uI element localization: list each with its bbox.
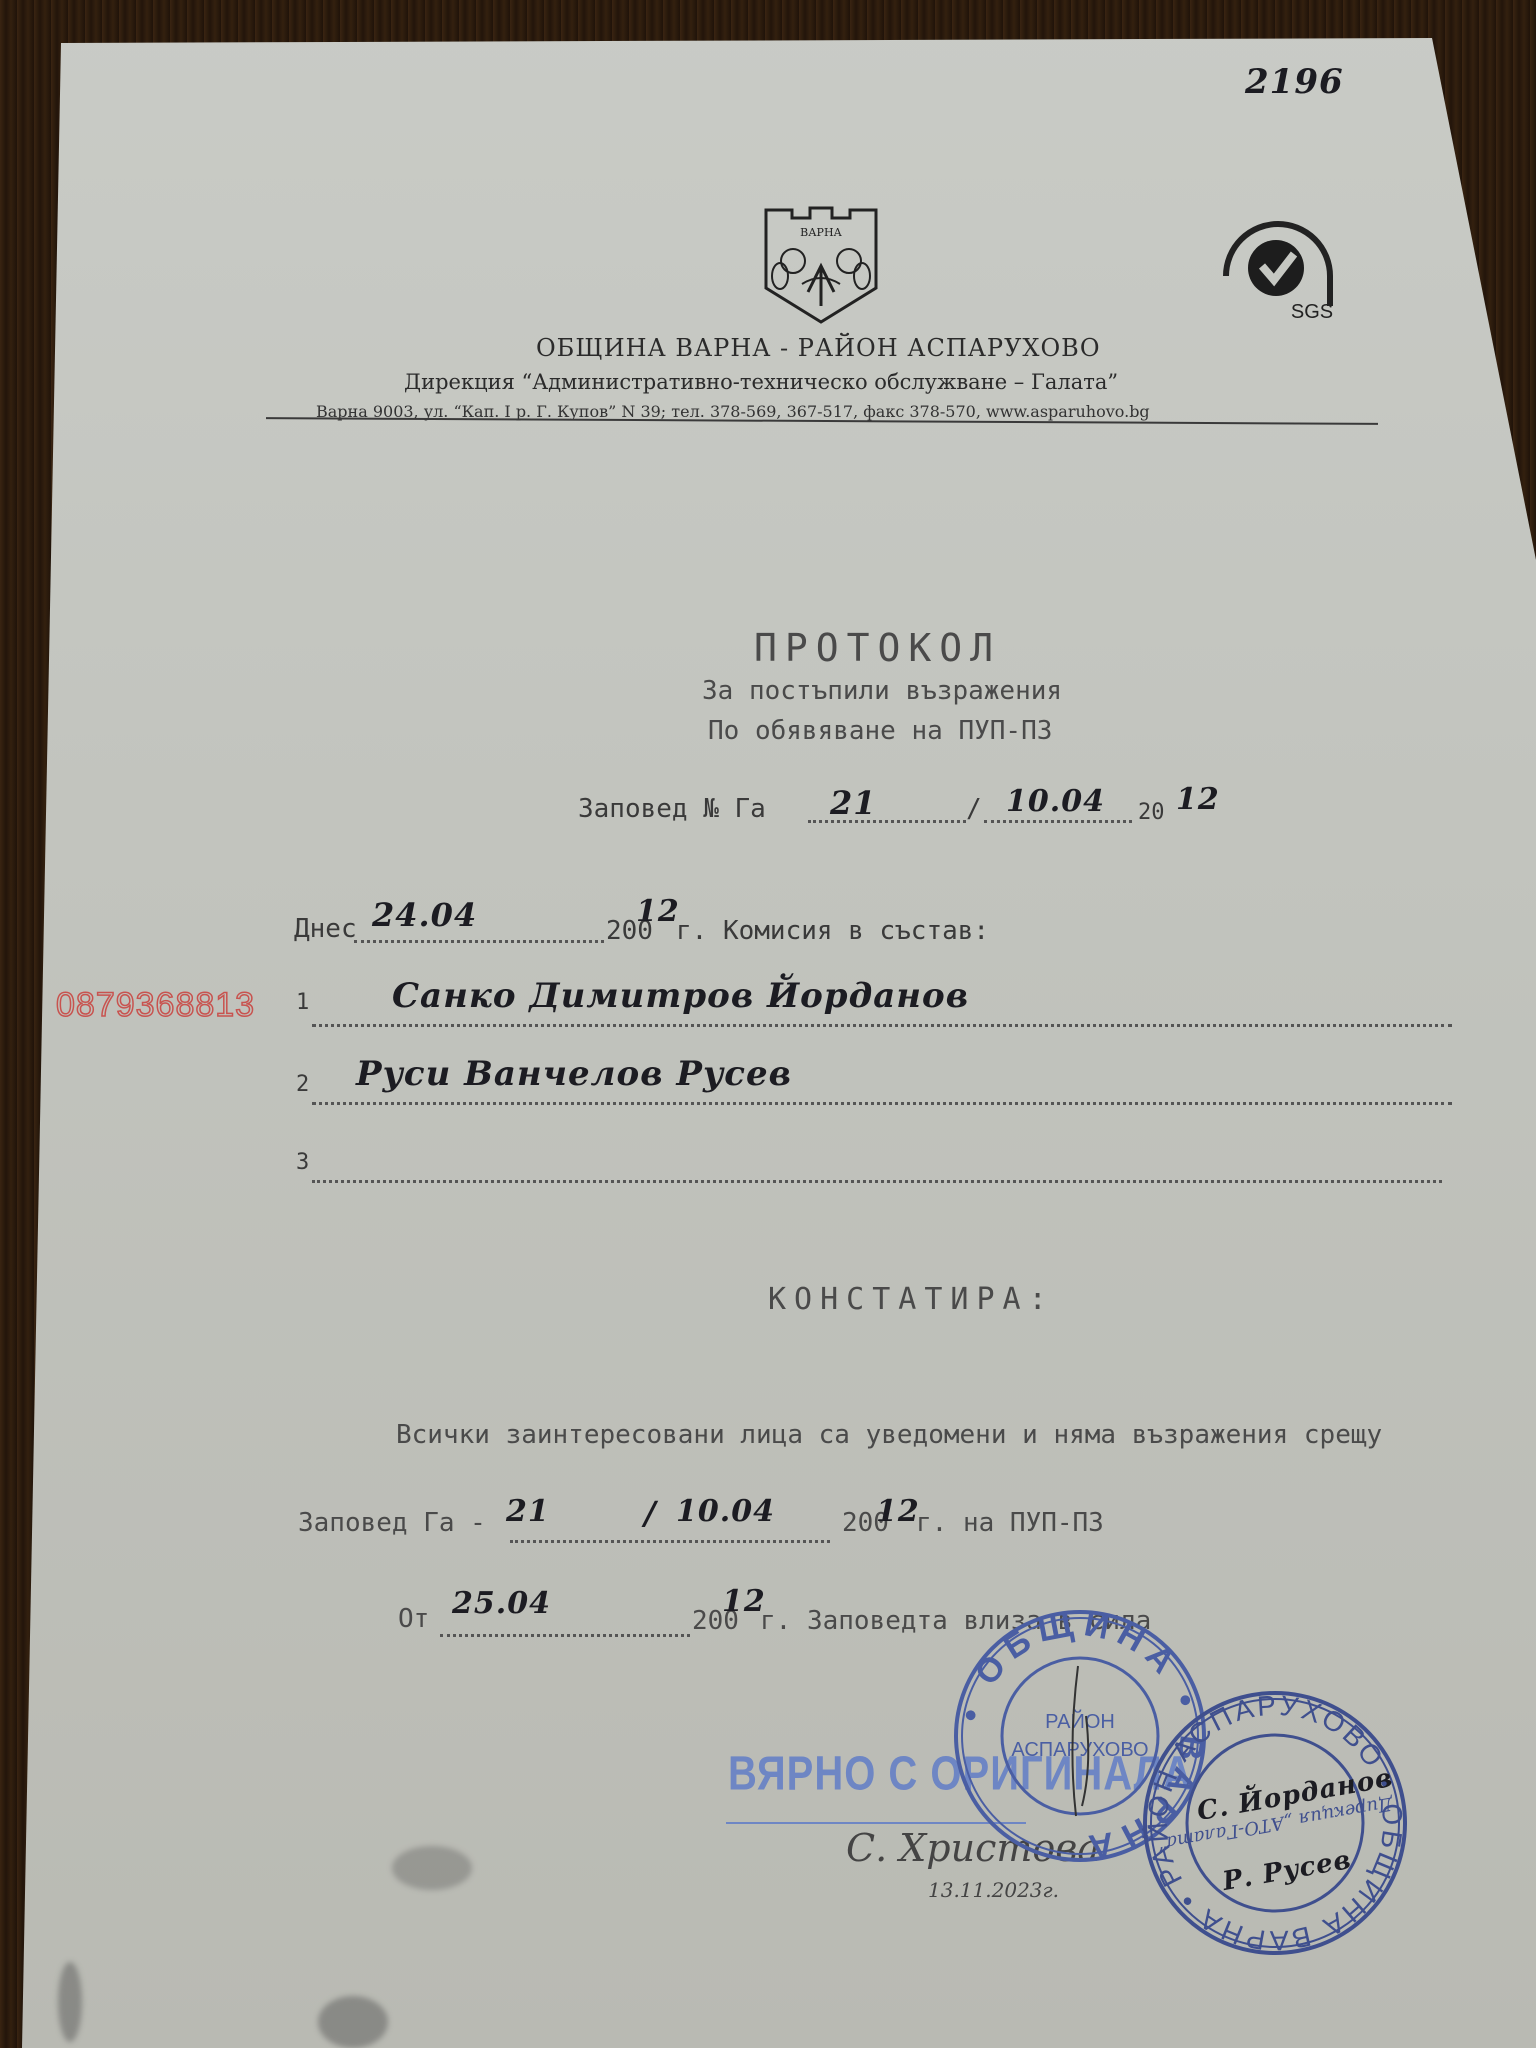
order-ref-number: 21 — [506, 1494, 550, 1529]
certification-date: 13.11.2023г. — [928, 1878, 1059, 1902]
today-label: Днес — [294, 914, 357, 944]
commission-index-1: 1 — [296, 990, 309, 1015]
today-date-line — [354, 940, 604, 943]
paper-smudge — [318, 1996, 388, 2048]
order-number: 21 — [830, 784, 877, 822]
effective-date: 25.04 — [452, 1586, 551, 1621]
sgs-certification-logo-icon: SGS — [1212, 206, 1352, 326]
directorate-stamp-icon: ОБЩИНА ВАРНА • РАЙОН АСПАРУХОВО • Дирекц… — [1119, 1667, 1432, 1980]
svg-text:SGS: SGS — [1291, 301, 1333, 323]
today-year: 12 — [636, 894, 680, 929]
commission-index-2: 2 — [296, 1072, 309, 1097]
document-subtitle-2: По обявяване на ПУП-ПЗ — [708, 716, 1052, 746]
order-year-prefix: 20 — [1138, 800, 1165, 825]
finding-heading: КОНСТАТИРА: — [768, 1282, 1055, 1317]
order-ref-suffix: г. на ПУП-ПЗ — [916, 1508, 1104, 1538]
order-separator: / — [966, 794, 982, 824]
commission-line-2 — [312, 1102, 1452, 1105]
document-title: ПРОТОКОЛ — [754, 626, 1001, 670]
commission-index-3: 3 — [296, 1150, 309, 1175]
finding-text: Всички заинтересовани лица са уведомени … — [396, 1420, 1382, 1450]
today-date: 24.04 — [372, 896, 477, 934]
order-year: 12 — [1176, 782, 1220, 817]
varna-coat-of-arms-icon: ВАРНА — [758, 196, 884, 326]
order-date-line — [984, 820, 1132, 823]
svg-text:РАЙОН: РАЙОН — [1045, 1709, 1115, 1733]
order-ref-year: 12 — [876, 1494, 920, 1529]
effective-date-line — [440, 1634, 690, 1637]
order-label: Заповед № Га — [578, 794, 766, 824]
order-date: 10.04 — [1006, 784, 1105, 819]
order-ref-date: 10.04 — [676, 1494, 775, 1529]
paper-smudge — [392, 1846, 472, 1890]
commission-line-1 — [312, 1024, 1452, 1027]
order-ref-line — [510, 1540, 830, 1543]
effective-label: От — [398, 1604, 429, 1634]
order-ref-label: Заповед Га - — [298, 1508, 486, 1538]
paper-smudge — [58, 1962, 82, 2042]
commission-member-1: Санко Димитров Йорданов — [392, 976, 969, 1016]
svg-text:ВАРНА: ВАРНА — [800, 226, 842, 239]
header-directorate: Дирекция “Административно-техническо обс… — [404, 370, 1118, 394]
commission-line-3 — [312, 1180, 1442, 1183]
header-organization: ОБЩИНА ВАРНА - РАЙОН АСПАРУХОВО — [536, 334, 1101, 362]
order-ref-separator: / — [644, 1494, 657, 1532]
phone-watermark: 0879368813 — [56, 986, 255, 1025]
today-suffix: г. Комисия в състав: — [676, 916, 989, 946]
commission-member-2: Руси Ванчелов Русев — [356, 1054, 792, 1094]
document-subtitle-1: За постъпили възражения — [702, 676, 1062, 706]
page-number: 2196 — [1245, 62, 1344, 102]
